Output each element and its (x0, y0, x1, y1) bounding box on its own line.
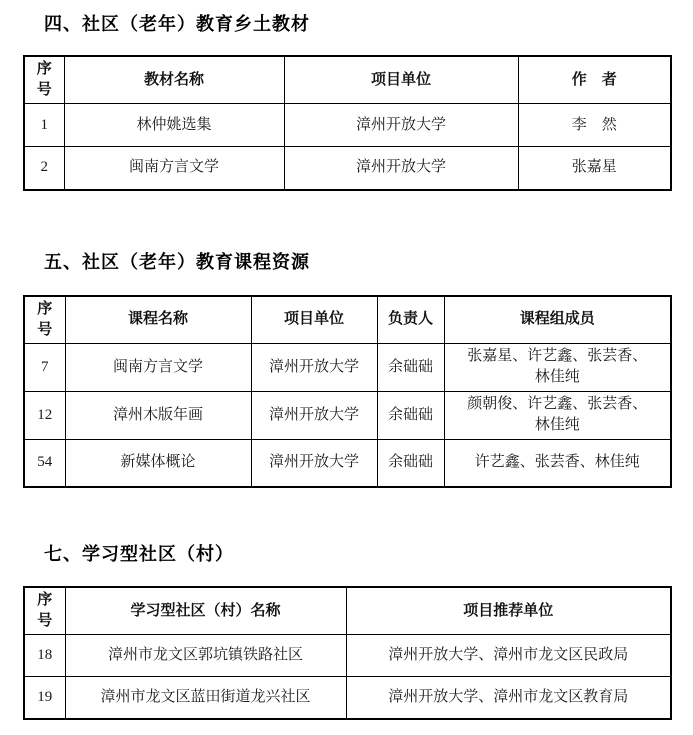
cell-index: 1 (24, 104, 64, 147)
cell-course: 闽南方言文学 (65, 343, 251, 391)
cell-members: 张嘉星、许艺鑫、张芸香、 林佳纯 (444, 343, 671, 391)
table-row: 12 漳州木版年画 漳州开放大学 余础础 颜朝俊、许艺鑫、张芸香、 林佳纯 (24, 391, 671, 439)
column-header-course: 课程名称 (65, 296, 251, 344)
column-header-index: 序 号 (24, 56, 64, 104)
column-header-textbook: 教材名称 (64, 56, 284, 104)
table-row: 18 漳州市龙文区郭坑镇铁路社区 漳州开放大学、漳州市龙文区民政局 (24, 635, 671, 677)
cell-members: 许艺鑫、张芸香、林佳纯 (444, 439, 671, 487)
column-header-index: 序 号 (24, 296, 65, 344)
cell-leader: 余础础 (377, 439, 444, 487)
cell-textbook: 闽南方言文学 (64, 147, 284, 190)
table-header-row: 序 号 学习型社区（村）名称 项目推荐单位 (24, 587, 671, 635)
cell-community: 漳州市龙文区郭坑镇铁路社区 (65, 635, 346, 677)
cell-leader: 余础础 (377, 343, 444, 391)
cell-course: 新媒体概论 (65, 439, 251, 487)
column-header-community: 学习型社区（村）名称 (65, 587, 346, 635)
cell-unit: 漳州开放大学 (251, 343, 377, 391)
column-header-index: 序 号 (24, 587, 65, 635)
cell-unit: 漳州开放大学 (284, 104, 518, 147)
cell-course: 漳州木版年画 (65, 391, 251, 439)
cell-unit: 漳州开放大学 (251, 391, 377, 439)
cell-index: 19 (24, 677, 65, 719)
cell-author: 张嘉星 (518, 147, 671, 190)
document-page: 四、社区（老年）教育乡土教材 序 号 教材名称 项目单位 作 者 1 林仲姚选集… (0, 0, 693, 720)
table-row: 1 林仲姚选集 漳州开放大学 李 然 (24, 104, 671, 147)
cell-community: 漳州市龙文区蓝田街道龙兴社区 (65, 677, 346, 719)
column-header-leader: 负责人 (377, 296, 444, 344)
column-header-unit: 项目单位 (284, 56, 518, 104)
table-header-row: 序 号 教材名称 项目单位 作 者 (24, 56, 671, 104)
section-title-textbooks: 四、社区（老年）教育乡土教材 (44, 13, 693, 35)
cell-leader: 余础础 (377, 391, 444, 439)
table-header-row: 序 号 课程名称 项目单位 负责人 课程组成员 (24, 296, 671, 344)
cell-textbook: 林仲姚选集 (64, 104, 284, 147)
cell-recommender: 漳州开放大学、漳州市龙文区教育局 (346, 677, 671, 719)
section-title-courses: 五、社区（老年）教育课程资源 (44, 251, 693, 273)
table-row: 7 闽南方言文学 漳州开放大学 余础础 张嘉星、许艺鑫、张芸香、 林佳纯 (24, 343, 671, 391)
cell-unit: 漳州开放大学 (251, 439, 377, 487)
cell-index: 18 (24, 635, 65, 677)
textbooks-table: 序 号 教材名称 项目单位 作 者 1 林仲姚选集 漳州开放大学 李 然 2 闽… (23, 55, 672, 191)
column-header-members: 课程组成员 (444, 296, 671, 344)
column-header-recommender: 项目推荐单位 (346, 587, 671, 635)
column-header-author: 作 者 (518, 56, 671, 104)
cell-author: 李 然 (518, 104, 671, 147)
cell-index: 2 (24, 147, 64, 190)
table-row: 54 新媒体概论 漳州开放大学 余础础 许艺鑫、张芸香、林佳纯 (24, 439, 671, 487)
cell-index: 7 (24, 343, 65, 391)
table-row: 2 闽南方言文学 漳州开放大学 张嘉星 (24, 147, 671, 190)
cell-members: 颜朝俊、许艺鑫、张芸香、 林佳纯 (444, 391, 671, 439)
cell-unit: 漳州开放大学 (284, 147, 518, 190)
column-header-unit: 项目单位 (251, 296, 377, 344)
courses-table: 序 号 课程名称 项目单位 负责人 课程组成员 7 闽南方言文学 漳州开放大学 … (23, 295, 672, 489)
cell-index: 54 (24, 439, 65, 487)
section-title-communities: 七、学习型社区（村） (44, 543, 693, 565)
cell-index: 12 (24, 391, 65, 439)
communities-table: 序 号 学习型社区（村）名称 项目推荐单位 18 漳州市龙文区郭坑镇铁路社区 漳… (23, 586, 672, 720)
cell-recommender: 漳州开放大学、漳州市龙文区民政局 (346, 635, 671, 677)
table-row: 19 漳州市龙文区蓝田街道龙兴社区 漳州开放大学、漳州市龙文区教育局 (24, 677, 671, 719)
